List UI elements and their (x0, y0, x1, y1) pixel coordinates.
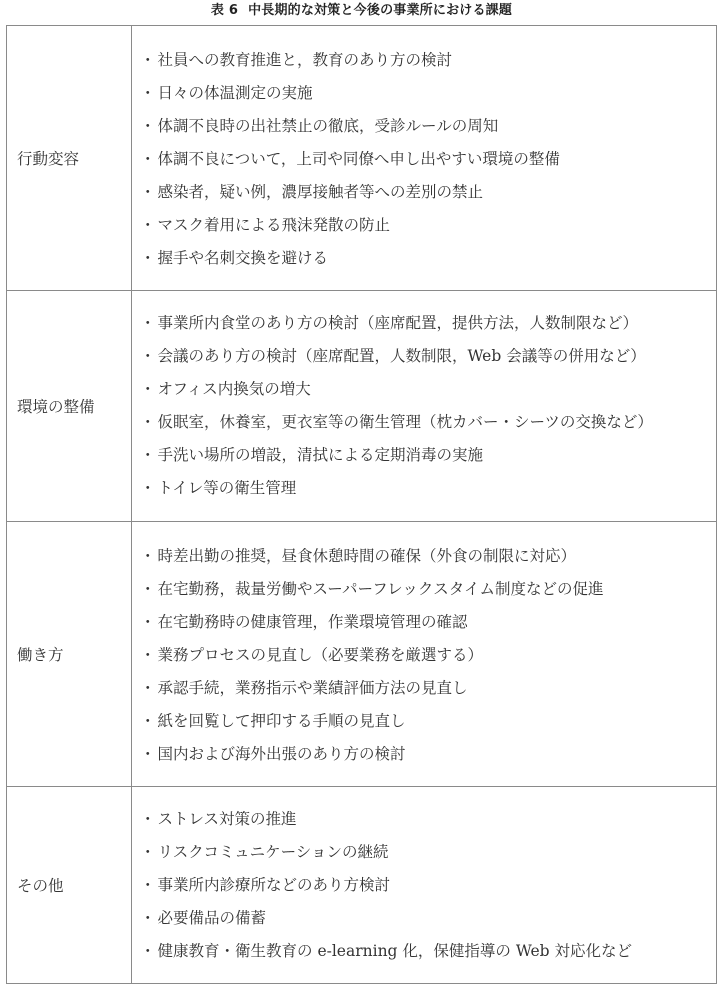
list-item: ・必要備品の備蓄 (140, 902, 716, 935)
items-cell: ・社員への教育推進と，教育のあり方の検討 ・日々の体温測定の実施 ・体調不良時の… (132, 26, 717, 291)
list-item: ・体調不良について，上司や同僚へ申し出やすい環境の整備 (140, 143, 716, 176)
table-row-behavior-change: 行動変容 ・社員への教育推進と，教育のあり方の検討 ・日々の体温測定の実施 ・体… (7, 26, 717, 291)
list-item: ・マスク着用による飛沫発散の防止 (140, 209, 716, 242)
table-title: 中長期的な対策と今後の事業所における課題 (248, 3, 512, 18)
item-list: ・時差出勤の推奨，昼食休憩時間の確保（外食の制限に対応） ・在宅勤務，裁量労働や… (140, 538, 716, 771)
table-row-environment: 環境の整備 ・事業所内食堂のあり方の検討（座席配置，提供方法，人数制限など） ・… (7, 291, 717, 522)
item-list: ・ストレス対策の推進 ・リスクコミュニケーションの継続 ・事業所内診療所などのあ… (140, 803, 716, 968)
list-item: ・紙を回覧して押印する手順の見直し (140, 705, 716, 738)
category-cell: その他 (7, 787, 132, 984)
category-cell: 働き方 (7, 522, 132, 787)
list-item: ・時差出勤の推奨，昼食休憩時間の確保（外食の制限に対応） (140, 540, 716, 573)
list-item: ・国内および海外出張のあり方の検討 (140, 738, 716, 771)
item-list: ・社員への教育推進と，教育のあり方の検討 ・日々の体温測定の実施 ・体調不良時の… (140, 42, 716, 275)
category-cell: 環境の整備 (7, 291, 132, 522)
list-item: ・事業所内食堂のあり方の検討（座席配置，提供方法，人数制限など） (140, 307, 716, 340)
list-item: ・健康教育・衛生教育の e-learning 化，保健指導の Web 対応化など (140, 935, 716, 968)
list-item: ・業務プロセスの見直し（必要業務を厳選する） (140, 639, 716, 672)
table-row-other: その他 ・ストレス対策の推進 ・リスクコミュニケーションの継続 ・事業所内診療所… (7, 787, 717, 984)
list-item: ・社員への教育推進と，教育のあり方の検討 (140, 44, 716, 77)
list-item: ・握手や名刺交換を避ける (140, 242, 716, 275)
item-list: ・事業所内食堂のあり方の検討（座席配置，提供方法，人数制限など） ・会議のあり方… (140, 307, 716, 505)
items-cell: ・時差出勤の推奨，昼食休憩時間の確保（外食の制限に対応） ・在宅勤務，裁量労働や… (132, 522, 717, 787)
list-item: ・承認手続，業務指示や業績評価方法の見直し (140, 672, 716, 705)
list-item: ・体調不良時の出社禁止の徹底，受診ルールの周知 (140, 110, 716, 143)
list-item: ・日々の体温測定の実施 (140, 77, 716, 110)
list-item: ・トイレ等の衛生管理 (140, 472, 716, 505)
table-caption: 表 6中長期的な対策と今後の事業所における課題 (0, 2, 723, 20)
list-item: ・ストレス対策の推進 (140, 803, 716, 836)
list-item: ・会議のあり方の検討（座席配置，人数制限，Web 会議等の併用など） (140, 340, 716, 373)
items-cell: ・ストレス対策の推進 ・リスクコミュニケーションの継続 ・事業所内診療所などのあ… (132, 787, 717, 984)
table-number: 表 6 (211, 3, 238, 18)
list-item: ・オフィス内換気の増大 (140, 373, 716, 406)
list-item: ・手洗い場所の増設，清拭による定期消毒の実施 (140, 439, 716, 472)
list-item: ・在宅勤務時の健康管理，作業環境管理の確認 (140, 606, 716, 639)
list-item: ・リスクコミュニケーションの継続 (140, 836, 716, 869)
measures-table: 行動変容 ・社員への教育推進と，教育のあり方の検討 ・日々の体温測定の実施 ・体… (6, 25, 717, 984)
list-item: ・事業所内診療所などのあり方検討 (140, 869, 716, 902)
items-cell: ・事業所内食堂のあり方の検討（座席配置，提供方法，人数制限など） ・会議のあり方… (132, 291, 717, 522)
table-row-work-style: 働き方 ・時差出勤の推奨，昼食休憩時間の確保（外食の制限に対応） ・在宅勤務，裁… (7, 522, 717, 787)
list-item: ・在宅勤務，裁量労働やスーパーフレックスタイム制度などの促進 (140, 573, 716, 606)
list-item: ・感染者，疑い例，濃厚接触者等への差別の禁止 (140, 176, 716, 209)
list-item: ・仮眠室，休養室，更衣室等の衛生管理（枕カバー・シーツの交換など） (140, 406, 716, 439)
category-cell: 行動変容 (7, 26, 132, 291)
